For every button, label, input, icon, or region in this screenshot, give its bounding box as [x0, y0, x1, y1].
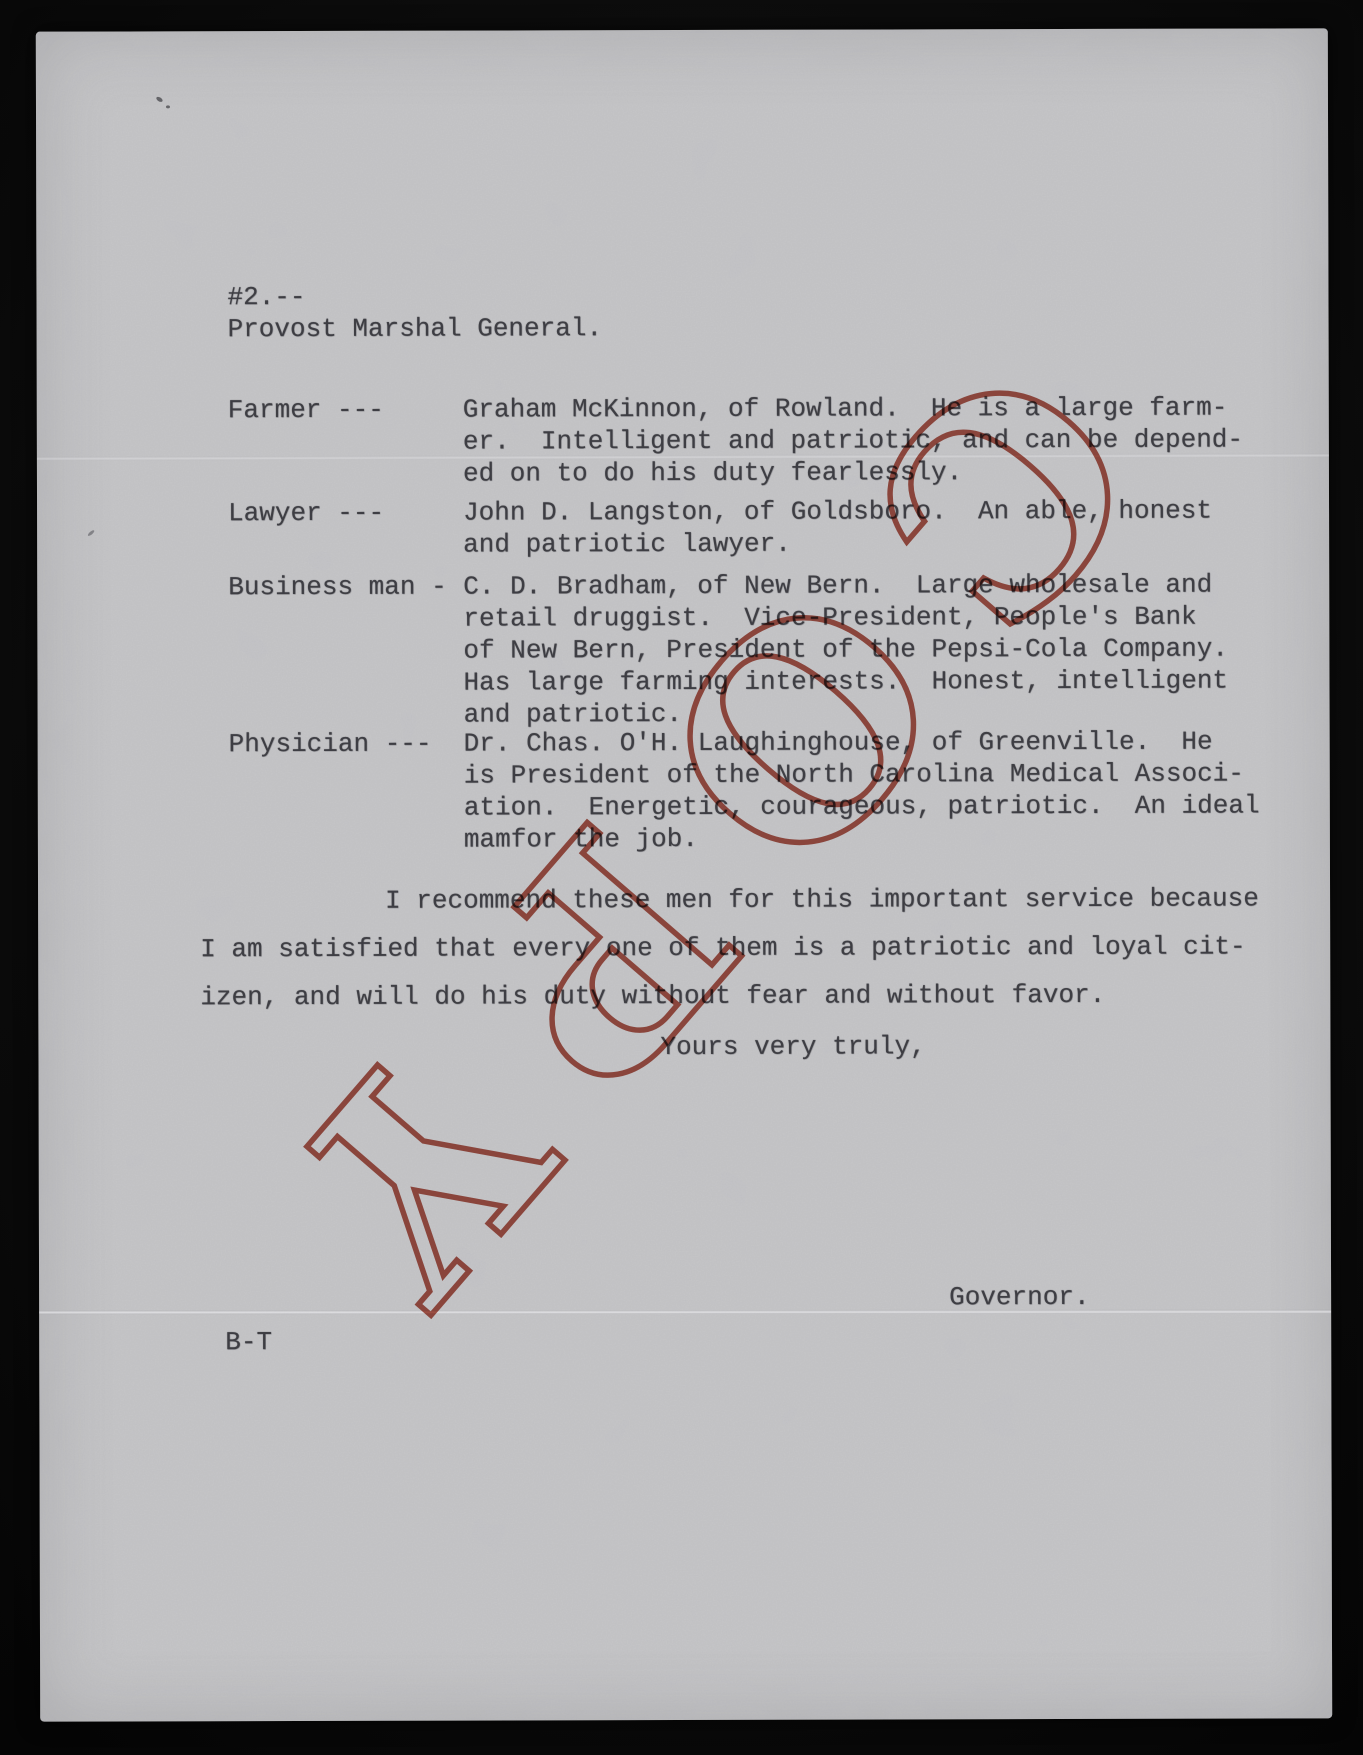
entry-label-physician: Physician --- [229, 728, 432, 761]
entry-label-lawyer: Lawyer --- [228, 497, 384, 529]
signature-title: Governor. [949, 1281, 1090, 1313]
scanner-background: { "document": { "header_lines": ["#2.--"… [0, 0, 1363, 1755]
page-header: #2.-- Provost Marshal General. [227, 280, 602, 345]
typist-initials: B-T [225, 1326, 272, 1358]
paper-speck [87, 529, 95, 536]
paper-speck [166, 105, 170, 108]
letter-page: #2.-- Provost Marshal General. Farmer --… [36, 28, 1332, 1721]
fold-crease-bottom [39, 1310, 1331, 1315]
entry-label-farmer: Farmer --- [228, 394, 384, 426]
paper-speck [155, 96, 163, 103]
entry-label-business-man: Business man - [228, 571, 447, 604]
